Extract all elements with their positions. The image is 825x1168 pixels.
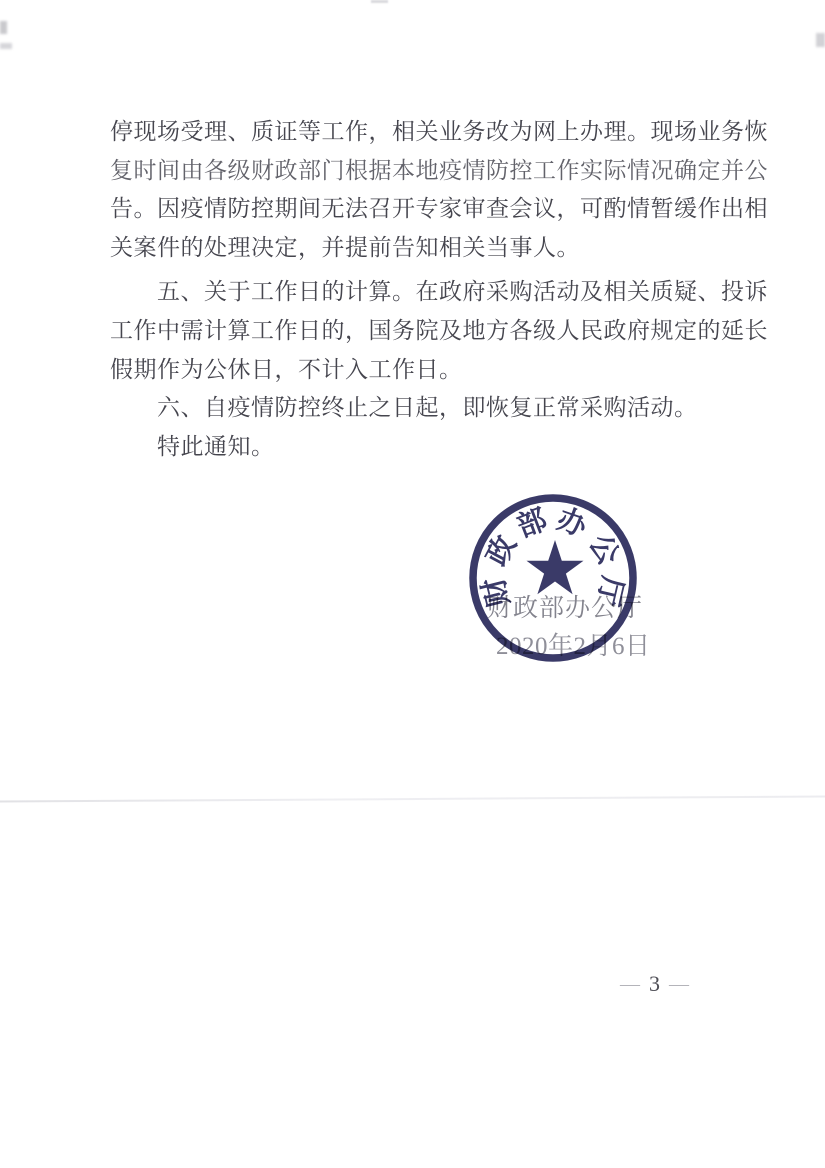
body-text-line: 特此通知。 <box>110 428 722 467</box>
document-body: 停现场受理、质证等工作，相关业务改为网上办理。现场业务恢 复时间由各级财政部门根… <box>110 113 722 466</box>
scanned-document-page: 停现场受理、质证等工作，相关业务改为网上办理。现场业务恢 复时间由各级财政部门根… <box>0 0 825 1168</box>
body-text-line: 关案件的处理决定，并提前告知相关当事人。 <box>110 229 722 268</box>
body-text-line: 工作中需计算工作日的，国务院及地方各级人民政府规定的延长 <box>110 312 722 351</box>
official-seal-stamp: 财 政 部 办 公 厅 <box>469 494 637 662</box>
star-icon <box>527 540 584 594</box>
seal-arc-char: 厅 <box>591 573 630 609</box>
body-text-line: 假期作为公休日，不计入工作日。 <box>110 351 722 390</box>
page-footer: — 3 — <box>620 973 689 995</box>
scan-crease-line <box>0 795 825 802</box>
body-text-line: 告。因疫情防控期间无法召开专家审查会议，可酌情暂缓作出相 <box>110 190 722 229</box>
body-text-line: 六、自疫情防控终止之日起，即恢复正常采购活动。 <box>110 389 722 428</box>
body-text-line: 五、关于工作日的计算。在政府采购活动及相关质疑、投诉 <box>110 273 722 312</box>
seal-arc-char: 财 <box>477 574 516 610</box>
scan-artifact <box>0 21 7 34</box>
body-text-line: 停现场受理、质证等工作，相关业务改为网上办理。现场业务恢 <box>110 113 722 152</box>
page-number: 3 <box>649 973 660 995</box>
footer-left-dash: — <box>620 974 640 994</box>
scan-artifact <box>371 0 388 3</box>
scan-artifact <box>0 43 12 49</box>
body-text-line: 复时间由各级财政部门根据本地疫情防控工作实际情况确定并公 <box>110 152 722 191</box>
scan-artifact <box>816 33 825 47</box>
footer-right-dash: — <box>669 974 689 994</box>
